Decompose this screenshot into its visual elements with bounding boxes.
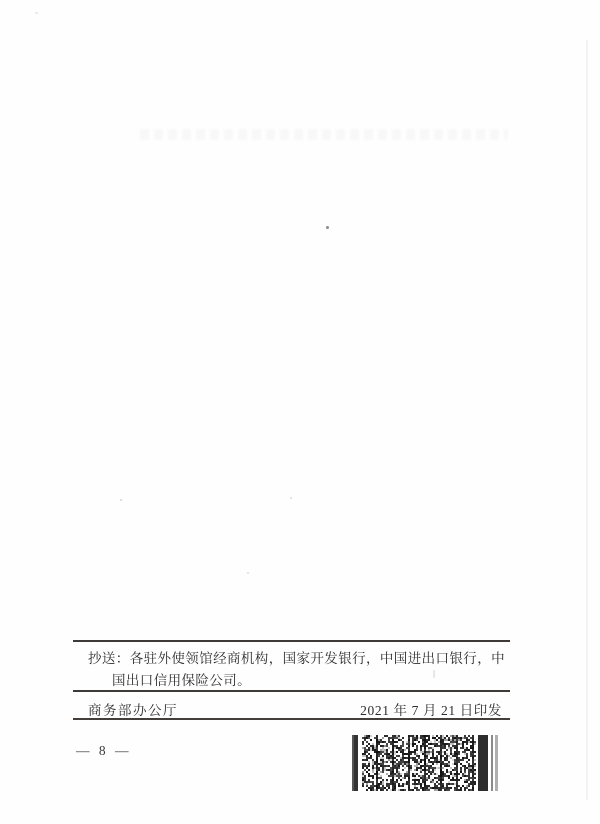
colophon-middle-rule (73, 690, 510, 692)
scan-speck (35, 12, 38, 14)
scan-speck (120, 499, 122, 501)
print-date: 2021 年 7 月 21 日印发 (360, 699, 502, 719)
colophon-top-rule (73, 640, 510, 642)
colophon-bottom-rule (73, 718, 510, 720)
copy-to-line-1: 抄送：各驻外使领馆经商机构，国家开发银行，中国进出口银行，中 (88, 648, 600, 670)
copy-to-line-2: 国出口信用保险公司。 (112, 670, 600, 692)
issuing-office: 商务部办公厅 (88, 699, 178, 719)
issuer-row: 商务部办公厅 2021 年 7 月 21 日印发 (73, 699, 510, 719)
scanned-document-page: 抄送：各驻外使领馆经商机构，国家开发银行，中国进出口银行，中 国出口信用保险公司… (0, 0, 600, 824)
document-2d-barcode-icon (352, 735, 500, 791)
copy-to-note: 抄送：各驻外使领馆经商机构，国家开发银行，中国进出口银行，中 国出口信用保险公司… (0, 648, 600, 692)
scan-speck (326, 226, 329, 229)
scan-speck (247, 572, 249, 574)
bleed-through-ghost-text (140, 129, 508, 140)
scan-speck (290, 497, 292, 499)
page-number: — 8 — (76, 743, 132, 759)
